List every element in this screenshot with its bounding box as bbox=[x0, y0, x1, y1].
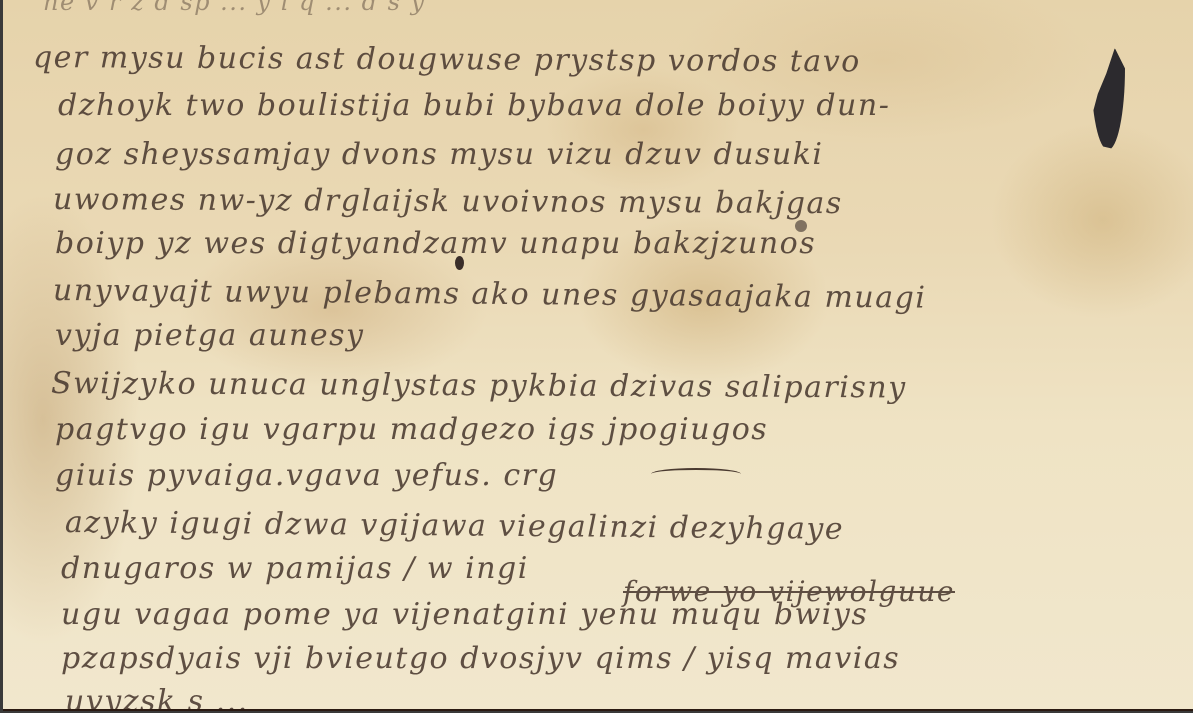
manuscript-line-6: unyvayajt uwyu plebams ako unes gyasaaja… bbox=[53, 273, 927, 316]
manuscript-line-1: qer mysu bucis ast dougwuse prystsp vord… bbox=[33, 40, 861, 79]
manuscript-line-7: vyja pietga aunesy bbox=[55, 318, 364, 353]
manuscript-line-13: ugu vagaa pome ya vijenatgini yenu muqu … bbox=[61, 597, 868, 632]
manuscript-line-0: ne v r z d sp ... y l q ... d s y bbox=[43, 0, 426, 16]
manuscript-line-8: Swijzyko unuca unglystas pykbia dzivas s… bbox=[51, 366, 907, 405]
ink-dot bbox=[795, 220, 807, 232]
manuscript-line-12: dnugaros w pamijas / w ingi bbox=[61, 551, 529, 586]
abbreviation-overline bbox=[651, 468, 741, 480]
manuscript-line-14: pzapsdyais vji bvieutgo dvosjyv qims / y… bbox=[61, 641, 900, 676]
manuscript-page: ne v r z d sp ... y l q ... d s y qer my… bbox=[3, 0, 1193, 711]
manuscript-line-3: goz sheyssamjay dvons mysu vizu dzuv dus… bbox=[55, 137, 823, 172]
manuscript-line-9: pagtvgo igu vgarpu madgezo igs jpogiugos bbox=[55, 412, 768, 447]
ink-dot bbox=[455, 256, 464, 270]
manuscript-line-5: boiyp yz wes digtyandzamv unapu bakzjzun… bbox=[55, 226, 816, 261]
manuscript-line-10: giuis pyvaiga.vgava yefus. crg bbox=[55, 458, 558, 493]
manuscript-line-2: dzhoyk two boulistija bubi bybava dole b… bbox=[58, 88, 890, 123]
ink-blot bbox=[1091, 48, 1125, 150]
manuscript-line-15: uvyzsk s ... bbox=[65, 684, 249, 711]
manuscript-line-4: uwomes nw-yz drglaijsk uvoivnos mysu bak… bbox=[53, 182, 843, 221]
manuscript-line-11: azyky igugi dzwa vgijawa viegalinzi dezy… bbox=[65, 505, 844, 547]
